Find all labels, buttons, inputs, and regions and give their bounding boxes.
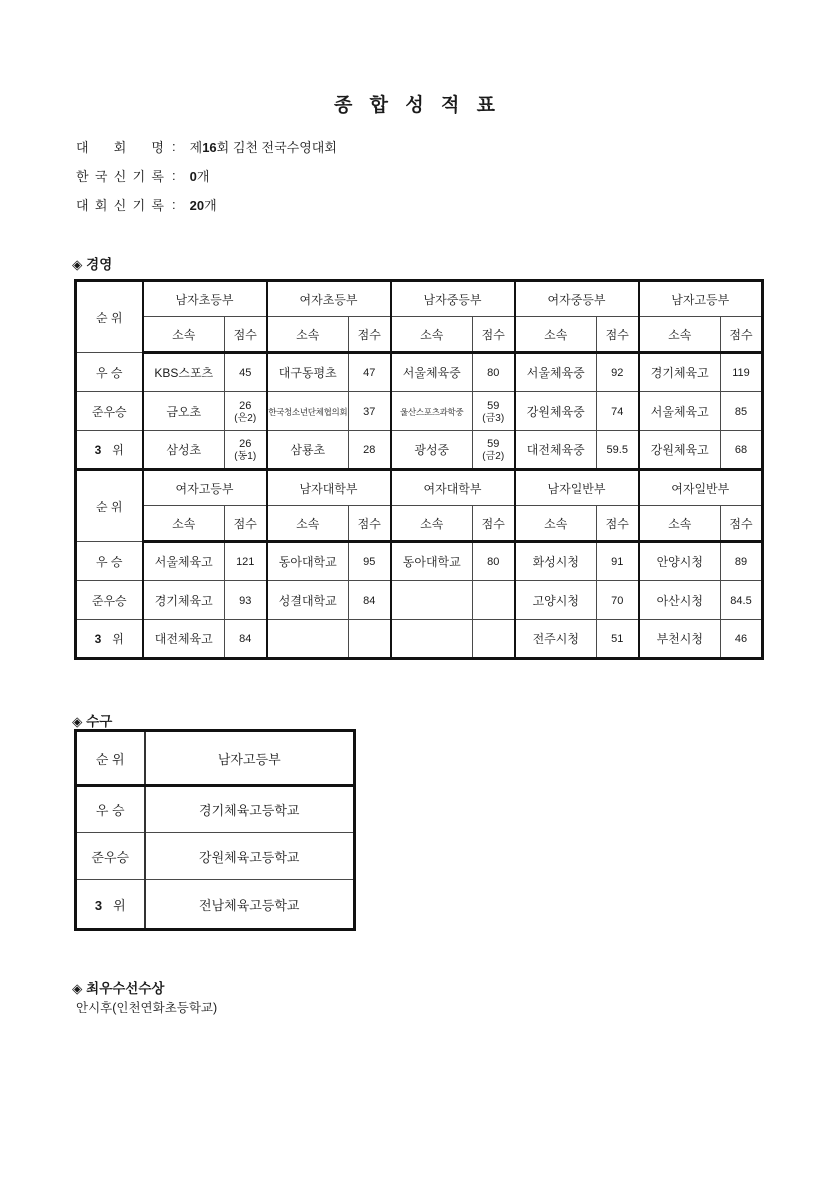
waterpolo-section-title: 수구 [86,714,112,729]
affiliation-header: 소속 [639,506,721,542]
score-value: 45 [239,367,251,379]
score-value: 59 [487,438,499,450]
team-name: 서울체육중 [527,366,585,380]
score-value: 68 [735,444,747,456]
score-value: 91 [611,556,623,568]
meet-record-label: 대 회 신 기 록 [76,195,164,214]
score-header: 점수 [597,317,639,353]
team-name: 광성중 [414,443,449,457]
score-header: 점수 [473,317,515,353]
team-name: 아산시청 [657,594,703,608]
team-name: 동아대학교 [403,555,461,569]
division-header: 남자일반부 [515,470,639,506]
team-name: 전주시청 [533,632,579,646]
runner-up-row: 준우승 강원체육고등학교 [76,833,355,880]
team-name: 동아대학교 [279,555,337,569]
score-header: 점수 [721,506,763,542]
affiliation-header: 소속 [391,317,473,353]
division-header: 여자초등부 [267,281,391,317]
rank-label: 준우승 [76,392,143,431]
division-header: 남자고등부 [639,281,763,317]
affiliation-header: 소속 [143,317,225,353]
colon: : [172,197,176,212]
score-value: 80 [487,367,499,379]
division-header: 남자대학부 [267,470,391,506]
team-name: 경기체육고등학교 [145,786,355,833]
swimming-results-table: 순 위 남자초등부 여자초등부 남자중등부 여자중등부 남자고등부 소속점수 소… [74,279,764,660]
team-name: 서울체육중 [403,366,461,380]
score-value: 95 [363,556,375,568]
score-value: 84 [239,633,251,645]
rank-header-cell: 순 위 [76,470,143,542]
score-header: 점수 [349,317,391,353]
affiliation-header: 소속 [267,506,349,542]
rank-label: 3위 [76,620,143,659]
rank-header-cell: 순 위 [76,281,143,353]
diamond-icon: ◈ [72,257,82,272]
team-name: 성결대학교 [279,594,337,608]
score-value: 93 [239,595,251,607]
team-name: 강원체육고 [651,443,709,457]
affiliation-header: 소속 [143,506,225,542]
table-row: 순 위 남자초등부 여자초등부 남자중등부 여자중등부 남자고등부 [76,281,763,317]
table-row: 순 위 여자고등부 남자대학부 여자대학부 남자일반부 여자일반부 [76,470,763,506]
winner-row: 우 승 서울체육고121 동아대학교95 동아대학교80 화성시청91 안양시청… [76,542,763,581]
swimming-section-heading: ◈ 경영 [72,253,112,273]
diamond-icon: ◈ [72,981,82,996]
team-name: 고양시청 [533,594,579,608]
page-title: 종 합 성 적 표 [0,90,835,117]
score-header: 점수 [473,506,515,542]
runner-up-row: 준우승 경기체육고93 성결대학교84 고양시청70 아산시청84.5 [76,581,763,620]
score-header: 점수 [597,506,639,542]
team-name: 강원체육중 [527,405,585,419]
team-name: 안양시청 [657,555,703,569]
waterpolo-results-table: 순 위 남자고등부 우 승 경기체육고등학교 준우승 강원체육고등학교 3위 전… [74,729,356,931]
rank-label: 우 승 [76,542,143,581]
score-value: 26 [239,400,251,412]
team-name: KBS스포츠 [154,366,213,380]
division-header: 여자일반부 [639,470,763,506]
score-value: 59 [487,400,499,412]
korean-record-row: 한 국 신 기 록:0개 [76,161,337,190]
team-name: 한국청소년단체협의회 [268,407,347,417]
colon: : [172,168,176,183]
winner-row: 우 승 KBS스포츠45 대구동평초47 서울체육중80 서울체육중92 경기체… [76,353,763,392]
division-header: 남자초등부 [143,281,267,317]
team-name: 서울체육고 [651,405,709,419]
mvp-section-heading: ◈ 최우수선수상 [72,977,164,997]
winner-row: 우 승 경기체육고등학교 [76,786,355,833]
affiliation-header: 소속 [515,317,597,353]
score-value: 84.5 [730,595,751,607]
team-name: 강원체육고등학교 [145,833,355,880]
score-value: 37 [363,406,375,418]
team-name: 대전체육고 [155,632,213,646]
division-header: 남자중등부 [391,281,515,317]
rank-label: 우 승 [76,786,145,833]
competition-name-value: 제16회 김천 전국수영대회 [190,137,337,156]
score-value: 74 [611,406,623,418]
score-value: 47 [363,367,375,379]
rank-header-cell: 순 위 [76,731,145,786]
team-name: 울산스포츠과학중 [400,407,463,417]
score-value: 59.5 [607,444,628,456]
score-value: 85 [735,406,747,418]
score-value: 119 [732,367,750,379]
score-value: 46 [735,633,747,645]
diamond-icon: ◈ [72,714,82,729]
affiliation-header: 소속 [639,317,721,353]
third-place-row: 3위 대전체육고84 전주시청51 부천시청46 [76,620,763,659]
competition-info: 대 회 명:제16회 김천 전국수영대회 한 국 신 기 록:0개 대 회 신 … [76,132,337,219]
team-name: 경기체육고 [155,594,213,608]
third-place-row: 3위 전남체육고등학교 [76,880,355,930]
division-header: 남자고등부 [145,731,355,786]
team-name: 삼룡초 [290,443,325,457]
meet-record-value: 20개 [190,195,217,214]
score-value: 121 [236,556,254,568]
rank-label: 우 승 [76,353,143,392]
division-header: 여자중등부 [515,281,639,317]
competition-name-label: 대 회 명 [76,137,164,156]
score-header: 점수 [225,506,267,542]
team-name: 전남체육고등학교 [145,880,355,930]
score-value: 84 [363,595,375,607]
team-name: 경기체육고 [651,366,709,380]
team-name: 화성시청 [533,555,579,569]
rank-label: 3위 [76,880,145,930]
rank-label: 3위 [76,431,143,470]
team-name: 대구동평초 [279,366,337,380]
waterpolo-section-heading: ◈ 수구 [72,710,112,730]
runner-up-row: 준우승 금오초26(은2) 한국청소년단체협의회37 울산스포츠과학중59(금3… [76,392,763,431]
score-value: 51 [611,633,623,645]
rank-label: 준우승 [76,833,145,880]
affiliation-header: 소속 [515,506,597,542]
score-value: 28 [363,444,375,456]
team-name: 서울체육고 [155,555,213,569]
division-header: 여자고등부 [143,470,267,506]
mvp-player-name: 안시후(인천연화초등학교) [76,998,217,1016]
table-row: 소속점수 소속점수 소속점수 소속점수 소속점수 [76,506,763,542]
score-header: 점수 [225,317,267,353]
score-value: 89 [735,556,747,568]
mvp-section-title: 최우수선수상 [86,981,164,996]
score-report-page: 종 합 성 적 표 대 회 명:제16회 김천 전국수영대회 한 국 신 기 록… [0,0,835,1181]
table-row: 소속점수 소속점수 소속점수 소속점수 소속점수 [76,317,763,353]
score-value: 70 [611,595,623,607]
colon: : [172,139,176,154]
team-name: 금오초 [166,405,201,419]
affiliation-header: 소속 [391,506,473,542]
score-value: 26 [239,438,251,450]
team-name: 삼성초 [166,443,201,457]
korean-record-label: 한 국 신 기 록 [76,166,164,185]
score-header: 점수 [349,506,391,542]
score-value: 92 [611,367,623,379]
team-name: 대전체육중 [527,443,585,457]
swimming-section-title: 경영 [86,257,112,272]
table-row: 순 위 남자고등부 [76,731,355,786]
rank-label: 준우승 [76,581,143,620]
affiliation-header: 소속 [267,317,349,353]
meet-record-row: 대 회 신 기 록:20개 [76,190,337,219]
score-value: 80 [487,556,499,568]
third-place-row: 3위 삼성초26(동1) 삼룡초28 광성중59(금2) 대전체육중59.5 강… [76,431,763,470]
team-name: 부천시청 [657,632,703,646]
score-header: 점수 [721,317,763,353]
division-header: 여자대학부 [391,470,515,506]
competition-name-row: 대 회 명:제16회 김천 전국수영대회 [76,132,337,161]
korean-record-value: 0개 [190,166,210,185]
